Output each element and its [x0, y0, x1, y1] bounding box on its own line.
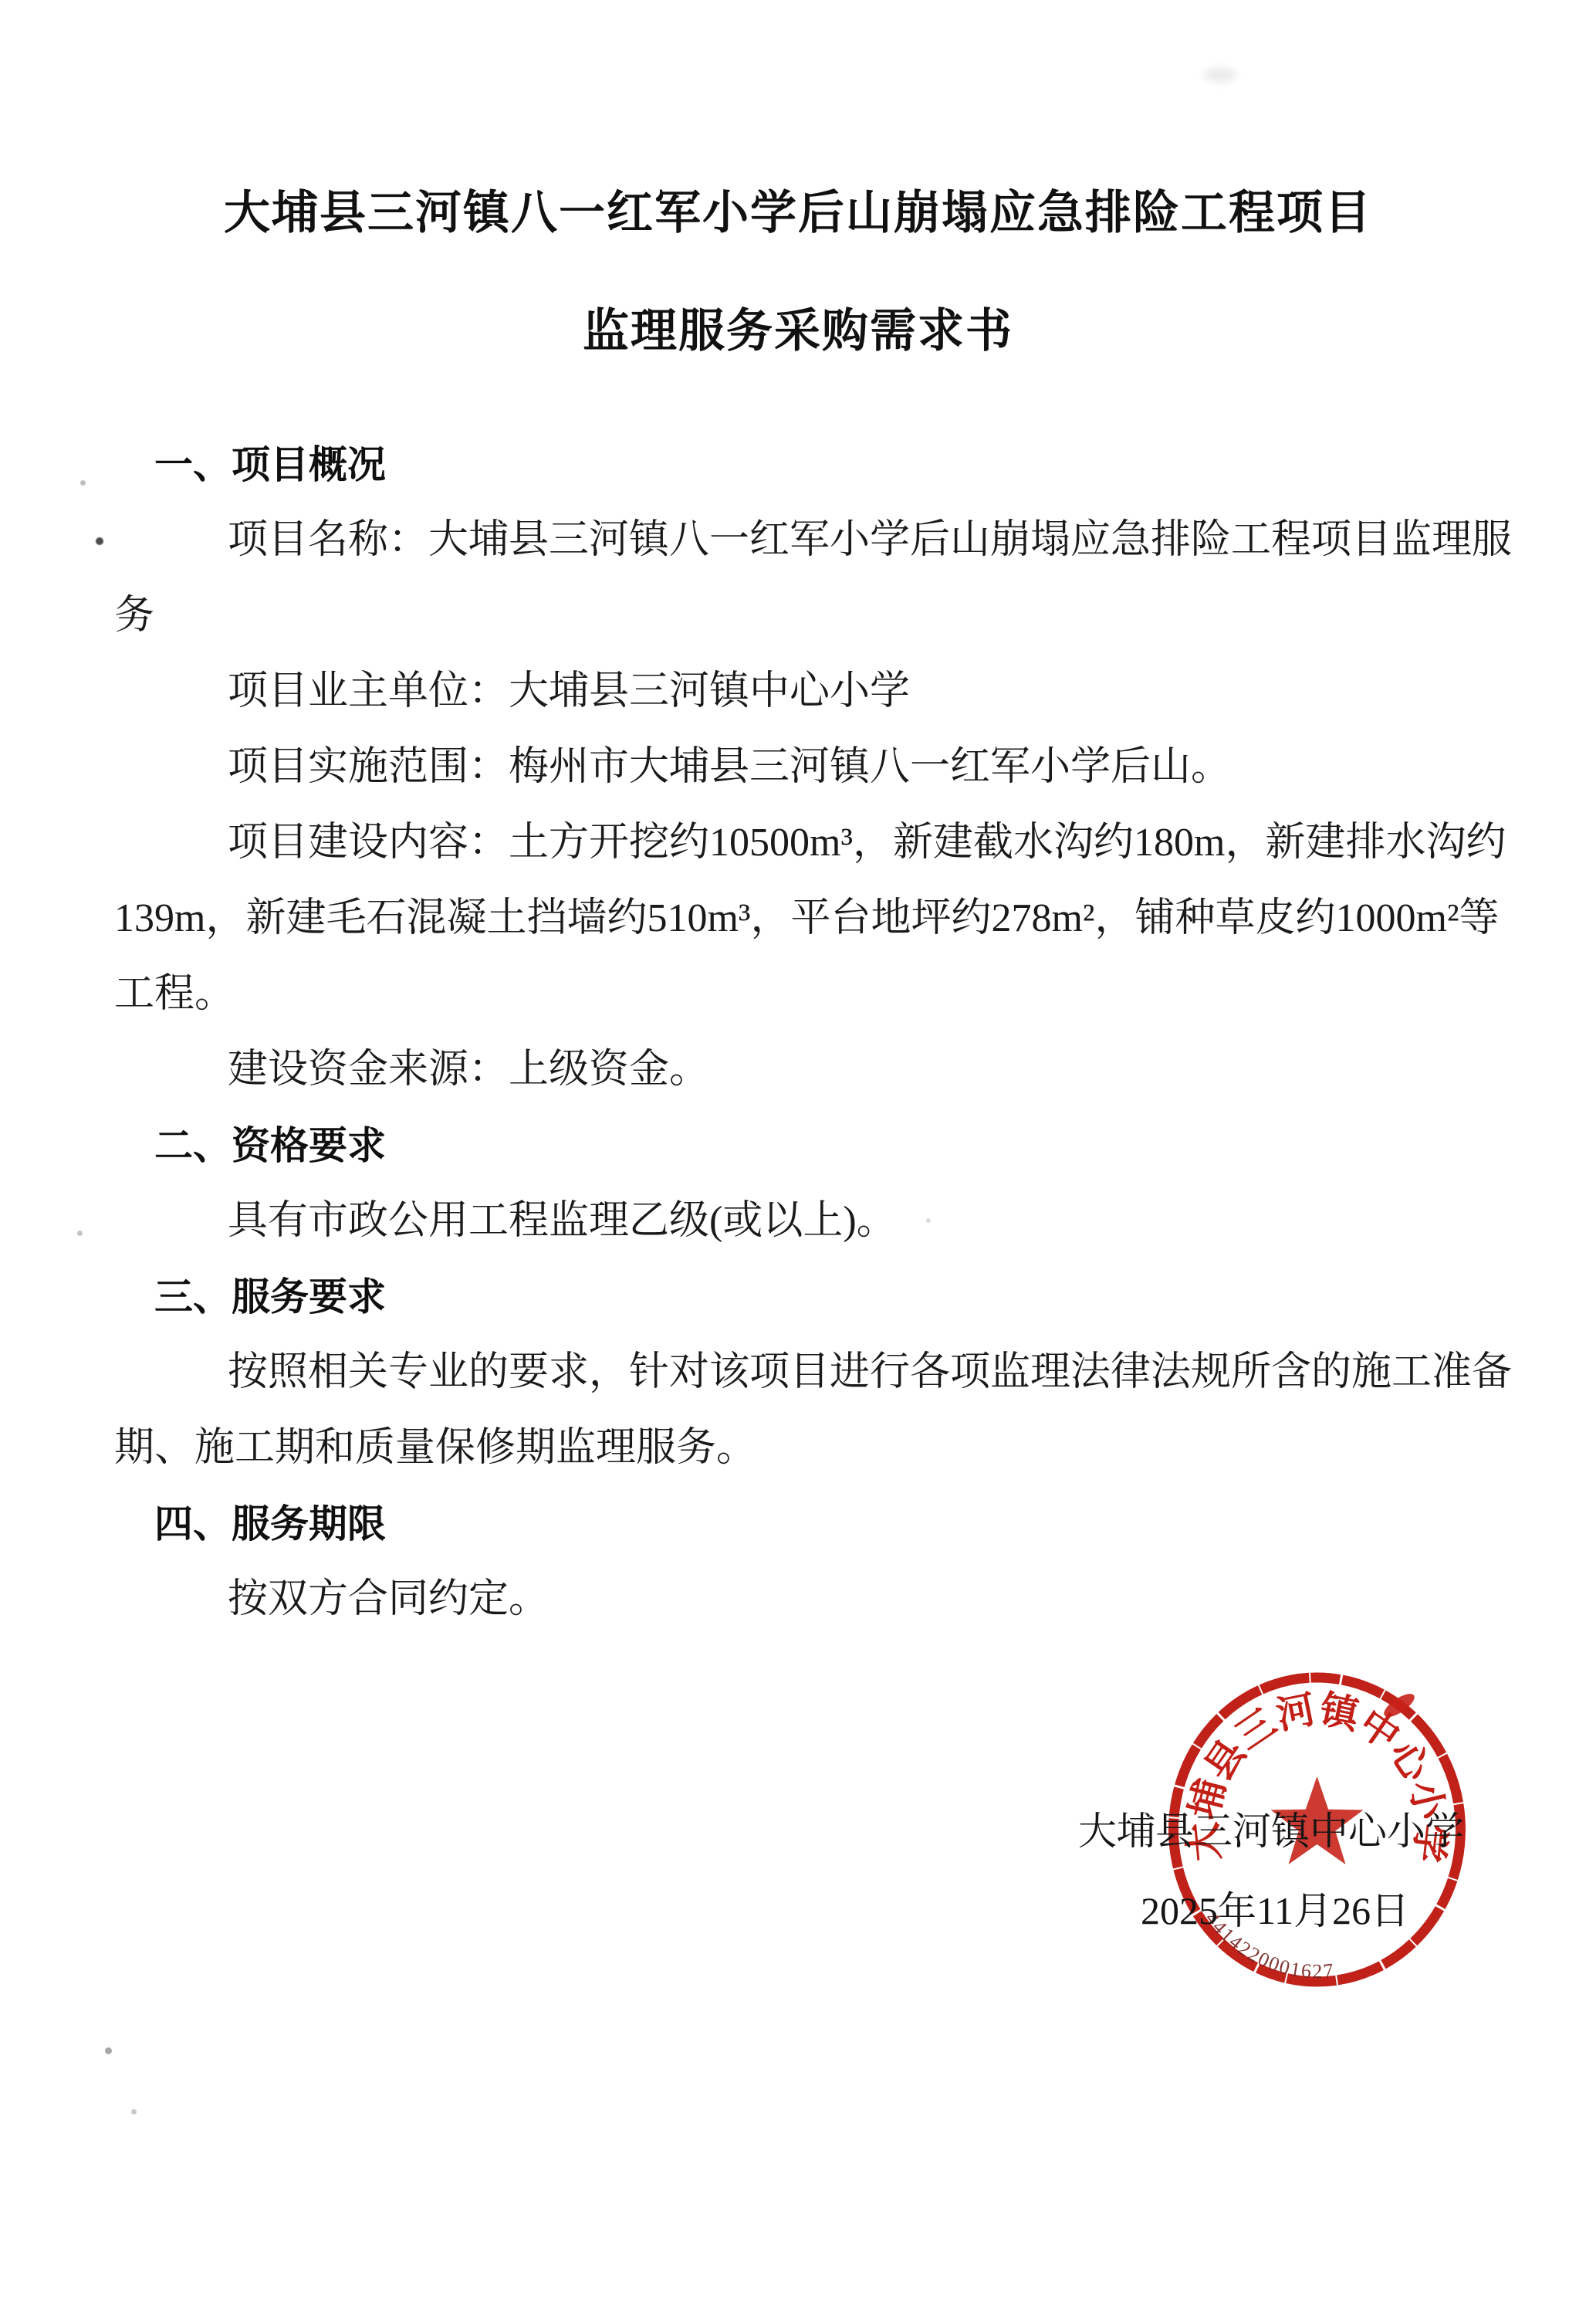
scan-artifact-dot: [77, 1231, 83, 1236]
bullet-dot: [96, 537, 103, 545]
paragraph-scope: 项目实施范围：梅州市大埔县三河镇八一红军小学后山。: [228, 744, 1231, 791]
paragraph-construction-content-cont1: 139m，新建毛石混凝土挡墙约510m³，平台地坪约278m²，铺种草皮约100…: [114, 896, 1500, 942]
scan-artifact-dot: [926, 1218, 931, 1223]
scan-artifact-smudge: [1204, 68, 1236, 82]
scan-artifact-dot: [80, 480, 86, 486]
scan-artifact-dot: [105, 2047, 112, 2054]
section-heading-3: 三、服务要求: [154, 1274, 386, 1320]
paragraph-construction-content-cont2: 工程。: [114, 971, 235, 1017]
document-title-line1: 大埔县三河镇八一红军小学后山崩塌应急排险工程项目: [0, 176, 1596, 242]
paragraph-service-requirement-cont: 期、施工期和质量保修期监理服务。: [114, 1425, 756, 1471]
document-page: 大埔县三河镇八一红军小学后山崩塌应急排险工程项目 监理服务采购需求书 一、项目概…: [0, 0, 1596, 2316]
signature-date: 2025年11月26日: [1141, 1880, 1409, 1935]
paragraph-funding-source: 建设资金来源：上级资金。: [228, 1047, 709, 1093]
paragraph-service-requirement: 按照相关专业的要求，针对该项目进行各项监理法律法规所含的施工准备: [228, 1349, 1512, 1396]
paragraph-qualification: 具有市政公用工程监理乙级(或以上)。: [228, 1198, 897, 1244]
section-heading-4: 四、服务期限: [154, 1501, 386, 1547]
paragraph-owner-unit: 项目业主单位：大埔县三河镇中心小学: [228, 669, 910, 715]
section-heading-2: 二、资格要求: [154, 1122, 386, 1169]
paragraph-project-name: 项目名称：大埔县三河镇八一红军小学后山崩塌应急排险工程项目监理服: [228, 517, 1512, 564]
paragraph-project-name-cont: 务: [114, 593, 154, 639]
paragraph-construction-content: 项目建设内容：土方开挖约10500m³，新建截水沟约180m，新建排水沟约: [228, 820, 1506, 866]
scan-artifact-dot: [131, 2109, 137, 2115]
signature-org: 大埔县三河镇中心小学: [1078, 1800, 1464, 1856]
paragraph-service-term: 按双方合同约定。: [228, 1576, 549, 1623]
document-title-line2: 监理服务采购需求书: [0, 294, 1596, 361]
section-heading-1: 一、项目概况: [154, 442, 386, 488]
